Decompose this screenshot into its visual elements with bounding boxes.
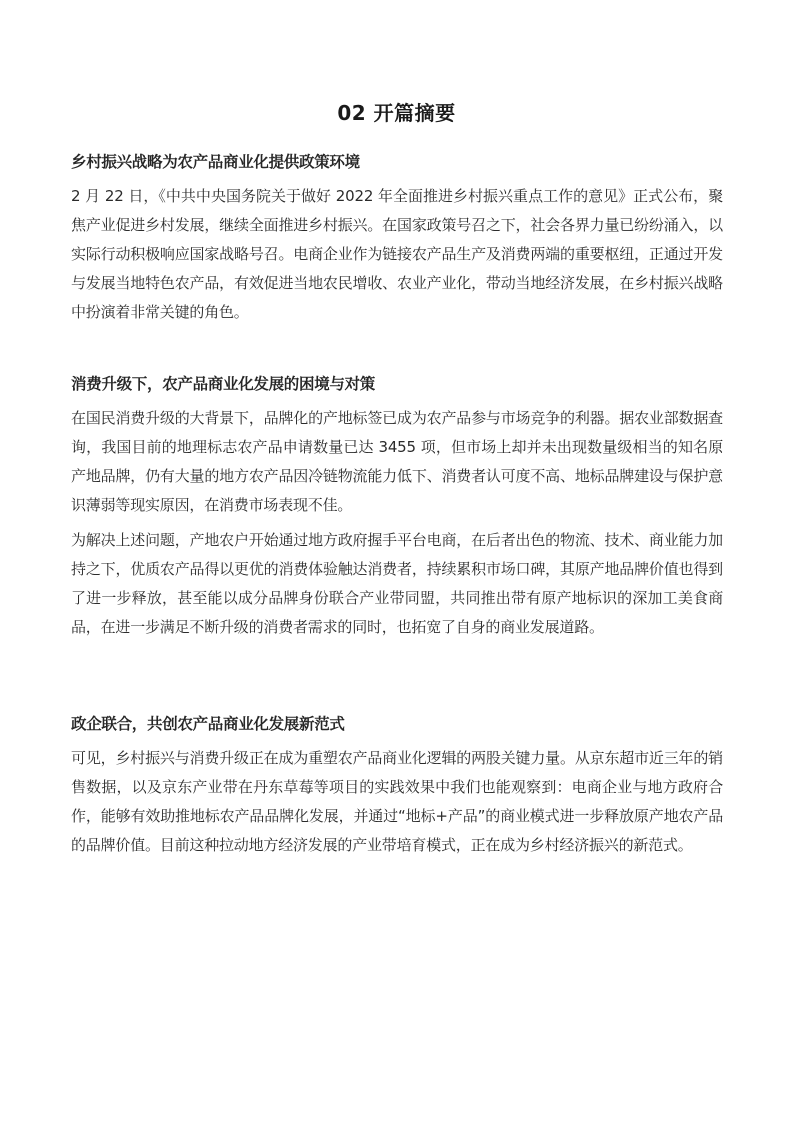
page-title: 02 开篇摘要 [0, 97, 793, 126]
section-rural-revitalization: 乡村振兴战略为农产品商业化提供政策环境 2 月 22 日，《中共中央国务院关于做… [71, 150, 723, 333]
paragraph: 2 月 22 日，《中共中央国务院关于做好 2022 年全面推进乡村振兴重点工作… [71, 182, 723, 327]
paragraph: 可见，乡村振兴与消费升级正在成为重塑农产品商业化逻辑的两股关键力量。从京东超市近… [71, 744, 723, 860]
paragraph: 在国民消费升级的大背景下，品牌化的产地标签已成为农产品参与市场竞争的利器。据农业… [71, 404, 723, 520]
paragraph: 为解决上述问题，产地农户开始通过地方政府握手平台电商，在后者出色的物流、技术、商… [71, 526, 723, 642]
section-heading: 消费升级下，农产品商业化发展的困境与对策 [71, 372, 723, 396]
section-heading: 乡村振兴战略为农产品商业化提供政策环境 [71, 150, 723, 174]
section-gov-enterprise: 政企联合，共创农产品商业化发展新范式 可见，乡村振兴与消费升级正在成为重塑农产品… [71, 712, 723, 866]
section-heading: 政企联合，共创农产品商业化发展新范式 [71, 712, 723, 736]
section-consumption-upgrade: 消费升级下，农产品商业化发展的困境与对策 在国民消费升级的大背景下，品牌化的产地… [71, 372, 723, 648]
